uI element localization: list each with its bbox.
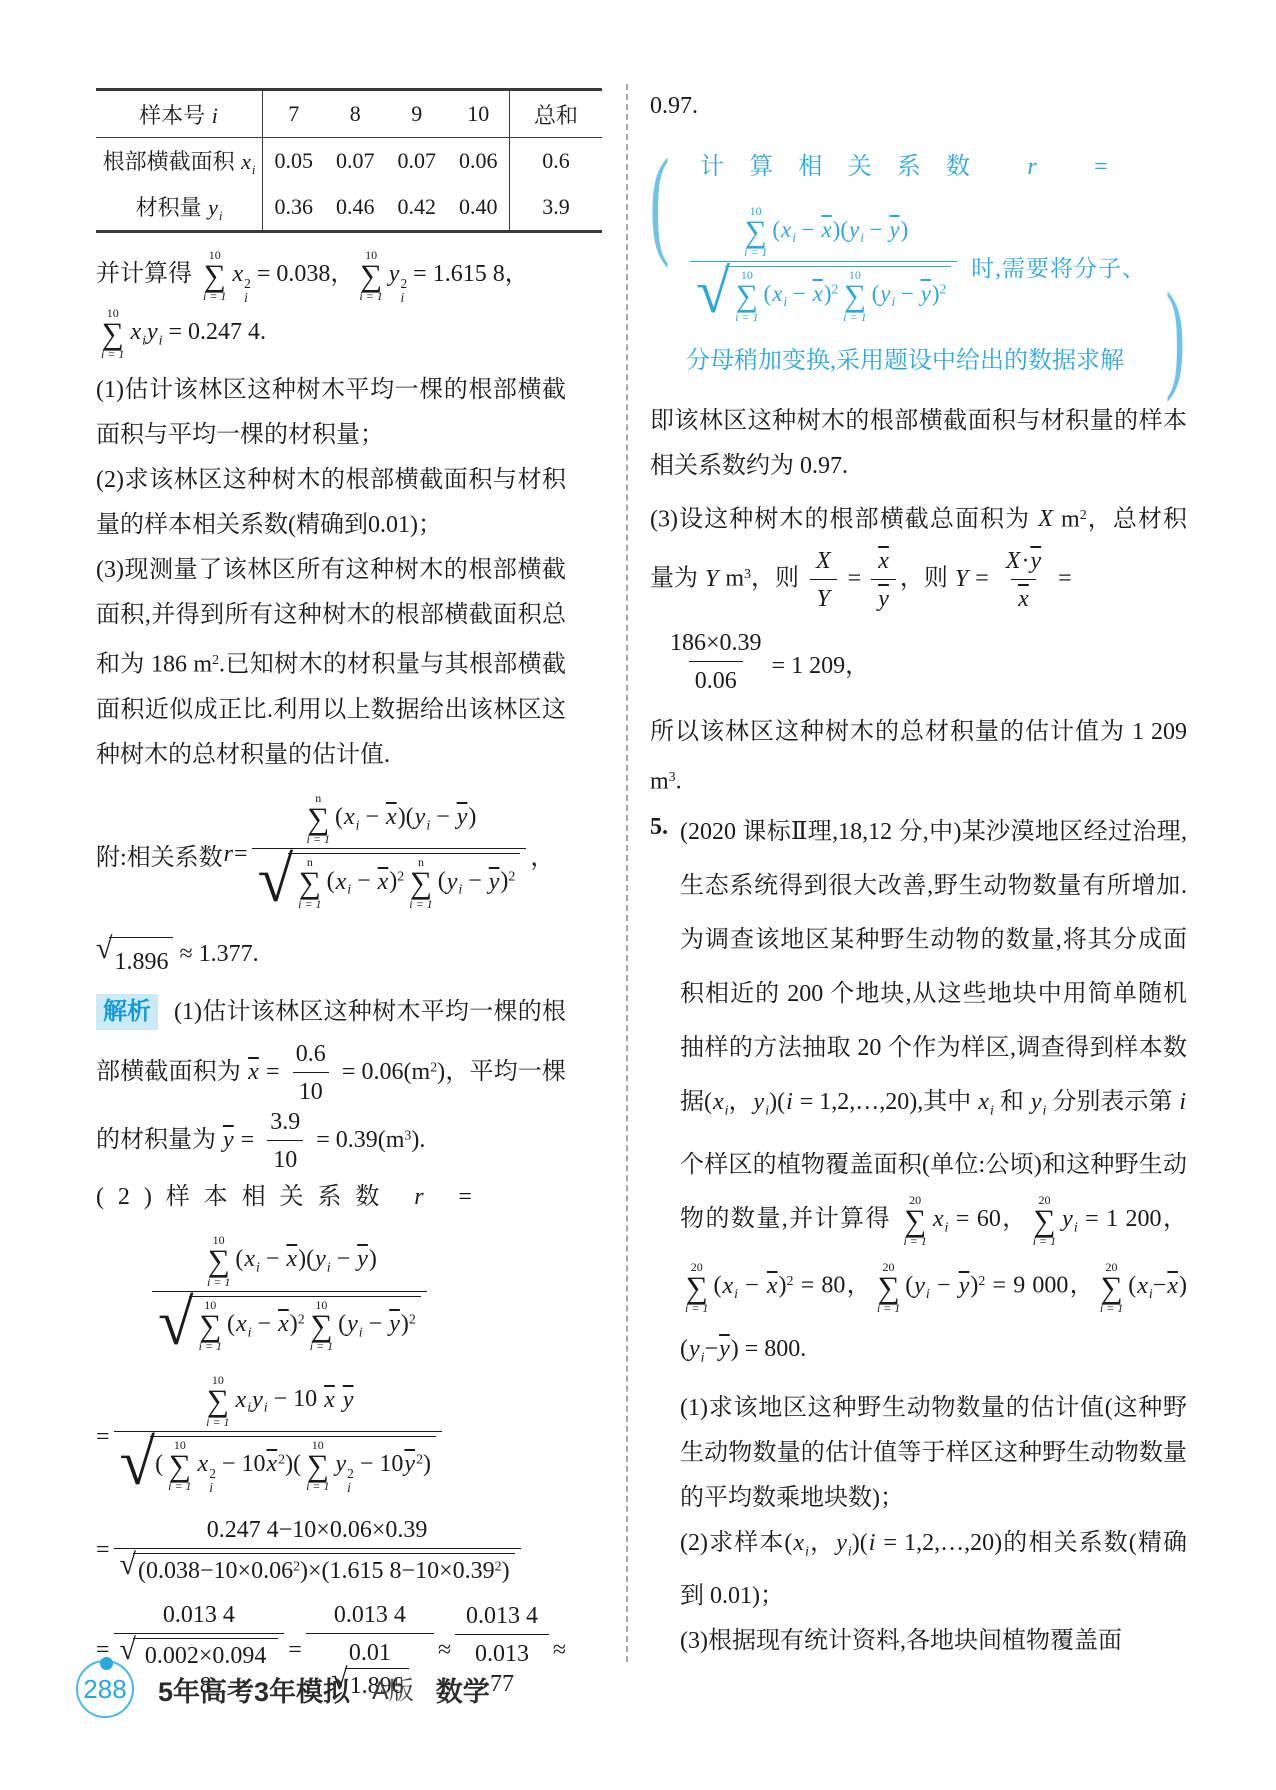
question-part3: (3)现测量了该林区所有这种树木的根部横截面积,并得到所有这种树木的根部横截面积… (96, 548, 566, 778)
question-5-part3: (3)根据现有统计资料,各地块间植物覆盖面 (680, 1619, 1187, 1664)
correlation-fraction-3: = 0.247 4−10×0.06×0.39√(0.038−10×0.062)×… (96, 1515, 566, 1586)
question-5-part1: (1)求该地区这种野生动物数量的估计值(这种野生动物数量的估计值等于样区这种野生… (680, 1386, 1187, 1521)
sample-data-table: 样本号 i 7 8 9 10 总和 根部横截面积 xi 0.05 0.07 0.… (96, 88, 602, 233)
table-header-row: 样本号 i 7 8 9 10 总和 (96, 90, 602, 138)
solution-paragraph-1: 解析(1)估计该林区这种树木平均一棵的根部横截面积为 x = 0.610 = 0… (96, 985, 566, 1175)
cell: 0.07 (386, 138, 447, 185)
note-formula-line: 10∑i = 1(xi − x)(yi − y)√10∑i = 1(xi − x… (686, 205, 1157, 329)
note-side-text: 时,需要将分子、 (971, 250, 1146, 283)
cell: 0.46 (325, 184, 386, 232)
dot-icon (100, 1657, 113, 1670)
cell: 0.05 (263, 138, 325, 185)
conclusion-total-volume: 所以该林区这种树木的总材积量的估计值为 1 209 m3. (650, 710, 1187, 805)
cell-total: 0.6 (510, 138, 603, 185)
page-number-circle-icon: 288 (76, 1660, 134, 1718)
cell: 0.40 (447, 184, 509, 232)
table-col-10: 10 (447, 90, 509, 138)
solution-badge: 解析 (96, 994, 158, 1030)
close-paren-icon: ) (1166, 275, 1185, 397)
part3-computation: 186×0.390.06 = 1 209， (660, 628, 1187, 696)
note-fraction: 10∑i = 1(xi − x)(yi − y)√10∑i = 1(xi − x… (686, 205, 961, 329)
conclusion-correlation: 即该林区这种树木的根部横截面积与材积量的样本相关系数约为 0.97. (650, 399, 1187, 489)
correlation-fraction-2: = 10∑i = 1xiyi − 10 x y√(10∑i = 1x2i − 1… (96, 1374, 566, 1500)
cell: 0.36 (263, 184, 325, 232)
book-edition: A版 (372, 1671, 414, 1707)
page-number: 288 (83, 1674, 126, 1705)
cell-total: 3.9 (510, 184, 603, 232)
cell: 0.07 (325, 138, 386, 185)
row-area-label: 根部横截面积 xi (96, 138, 263, 185)
right-column: 0.97. ( 计算相关系数 r = 10∑i = 1(xi − x)(yi −… (650, 84, 1187, 1664)
book-subject: 数学 (436, 1670, 490, 1709)
table-col-8: 8 (325, 90, 386, 138)
row-volume-label: 材积量 yi (96, 184, 263, 232)
computed-sums-line1: 并计算得 10∑i = 1x2i = 0.038，10∑i = 1y2i = 1… (96, 247, 566, 305)
solution-text-1: (1)估计该林区这种树木平均一棵的根部横截面积为 x = 0.610 = 0.0… (96, 999, 566, 1153)
question-5-intro: (2020 课标Ⅱ理,18,12 分,中)某沙漠地区经过治理,生态系统得到很大改… (680, 805, 1187, 1386)
note-line3: 分母稍加变换,采用题设中给出的数据求解 (686, 339, 1157, 383)
cell: 0.06 (447, 138, 509, 185)
teacher-annotation-note: ( 计算相关系数 r = 10∑i = 1(xi − x)(yi − y)√10… (650, 139, 1187, 393)
question-part1: (1)估计该林区这种树木平均一棵的根部横截面积与平均一棵的材积量； (96, 368, 566, 458)
sqrt-hint-line: √1.896 ≈ 1.377. (96, 932, 566, 985)
table-col-total: 总和 (510, 90, 603, 138)
question-5: 5. (2020 课标Ⅱ理,18,12 分,中)某沙漠地区经过治理,生态系统得到… (650, 805, 1187, 1664)
question-part2: (2)求该林区这种树木的根部横截面积与材积量的样本相关系数(精确到0.01)； (96, 458, 566, 548)
left-column: 样本号 i 7 8 9 10 总和 根部横截面积 xi 0.05 0.07 0.… (96, 84, 566, 1715)
solution-part2-heading: (2)样本相关系数 r = (96, 1175, 566, 1220)
question-5-part2: (2)求样本(xi，yi)(i = 1,2,…,20)的相关系数(精确到 0.0… (680, 1521, 1187, 1619)
book-series-title: 5年高考3年模拟 (158, 1670, 350, 1709)
cell: 0.42 (386, 184, 447, 232)
question-5-number: 5. (650, 805, 668, 850)
table-header-label: 样本号 i (96, 90, 263, 138)
note-line1: 计算相关系数 r = (700, 145, 1157, 189)
open-paren-icon: ( (650, 141, 669, 263)
table-col-7: 7 (263, 90, 325, 138)
table-col-9: 9 (386, 90, 447, 138)
page-footer: 288 5年高考3年模拟 A版 数学 (76, 1660, 490, 1718)
correlation-fraction-1: 10∑i = 1(xi − x)(yi − y)√10∑i = 1(xi − x… (148, 1234, 566, 1360)
column-divider (626, 84, 628, 1662)
table-row-volume: 材积量 yi 0.36 0.46 0.42 0.40 3.9 (96, 184, 602, 232)
solution-part3: (3)设这种树木的根部横截总面积为 X m2，总材积量为 Y m3，则 XY =… (650, 489, 1187, 615)
textbook-page: 样本号 i 7 8 9 10 总和 根部横截面积 xi 0.05 0.07 0.… (0, 0, 1276, 1790)
result-value-line: 0.97. (650, 84, 1187, 129)
appendix-correlation-formula: 附:相关系数 r = n∑i = 1(xi − x)(yi − y)√n∑i =… (96, 792, 566, 918)
table-row-area: 根部横截面积 xi 0.05 0.07 0.07 0.06 0.6 (96, 138, 602, 185)
computed-sums-line2: 10∑i = 1xiyi = 0.247 4. (96, 305, 566, 368)
